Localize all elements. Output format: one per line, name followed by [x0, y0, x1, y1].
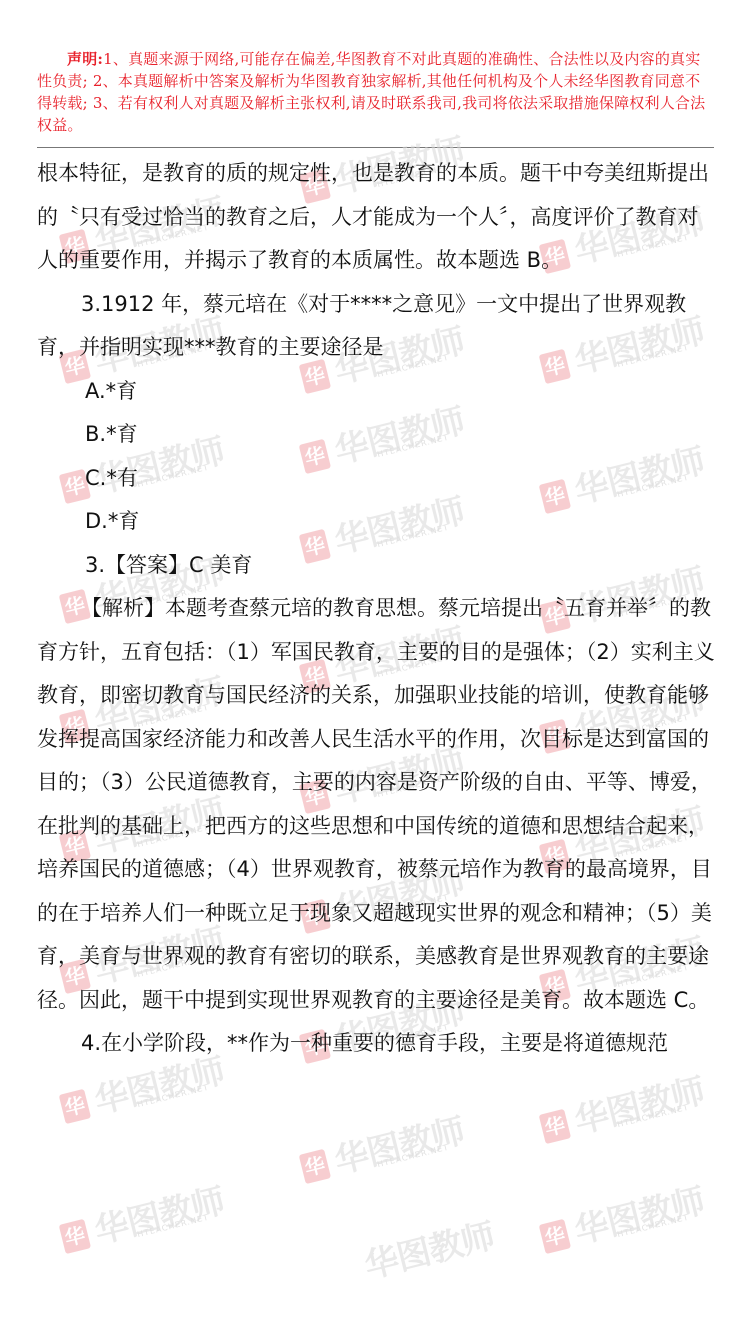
question-3-option-b: B.*育	[37, 413, 717, 457]
watermark-text: 华图教师	[569, 1173, 709, 1252]
watermark: 华图教师	[325, 1205, 504, 1304]
disclaimer-text: 1、真题来源于网络,可能存在偏差,华图教育不对此真题的准确性、合法性以及内容的真…	[37, 50, 705, 134]
watermark-logo-icon: 华	[299, 1149, 331, 1184]
question-3-option-d: D.*育	[37, 500, 717, 544]
watermark-subtext: HTEACHER.NET	[136, 1213, 210, 1240]
watermark-subtext: HTEACHER.NET	[136, 1083, 210, 1110]
watermark: 华 华图教师 HTEACHER.NET	[55, 1170, 234, 1269]
watermark: 华 华图教师 HTEACHER.NET	[535, 1170, 714, 1269]
watermark: 华 华图教师 HTEACHER.NET	[295, 1100, 474, 1199]
question-3-option-c: C.*有	[37, 457, 717, 501]
watermark-subtext: HTEACHER.NET	[616, 1103, 690, 1130]
watermark-subtext: HTEACHER.NET	[376, 1143, 450, 1170]
watermark-text: 华图教师	[329, 1103, 469, 1182]
watermark-subtext: HTEACHER.NET	[616, 1213, 690, 1240]
watermark-logo-icon: 华	[539, 1219, 571, 1254]
watermark-logo-icon: 华	[59, 1089, 91, 1124]
watermark-logo-icon: 华	[539, 1109, 571, 1144]
document-body: 根本特征，是教育的质的规定性，也是教育的本质。题干中夸美纽斯提出的〝只有受过恰当…	[37, 152, 717, 1066]
watermark-text: 华图教师	[89, 1173, 229, 1252]
question-3-analysis: 【解析】本题考查蔡元培的教育思想。蔡元培提出〝五育并举〞的教育方针，五育包括：（…	[37, 587, 717, 1022]
disclaimer-lead: 声明:	[67, 50, 103, 68]
question-3-option-a: A.*育	[37, 370, 717, 414]
previous-explanation: 根本特征，是教育的质的规定性，也是教育的本质。题干中夸美纽斯提出的〝只有受过恰当…	[37, 152, 717, 283]
watermark-logo-icon: 华	[59, 1219, 91, 1254]
header-divider	[37, 147, 714, 148]
question-3-stem: 3.1912 年，蔡元培在《对于****之意见》一文中提出了世界观教育，并指明实…	[37, 283, 717, 370]
watermark: 华 华图教师 HTEACHER.NET	[535, 1060, 714, 1159]
watermark-text: 华图教师	[569, 1063, 709, 1142]
watermark-text: 华图教师	[359, 1208, 499, 1287]
question-4-stem: 4.在小学阶段，**作为一种重要的德育手段，主要是将道德规范	[37, 1022, 717, 1066]
disclaimer: 声明:1、真题来源于网络,可能存在偏差,华图教育不对此真题的准确性、合法性以及内…	[37, 48, 714, 136]
question-3-answer: 3.【答案】C 美育	[37, 544, 717, 588]
